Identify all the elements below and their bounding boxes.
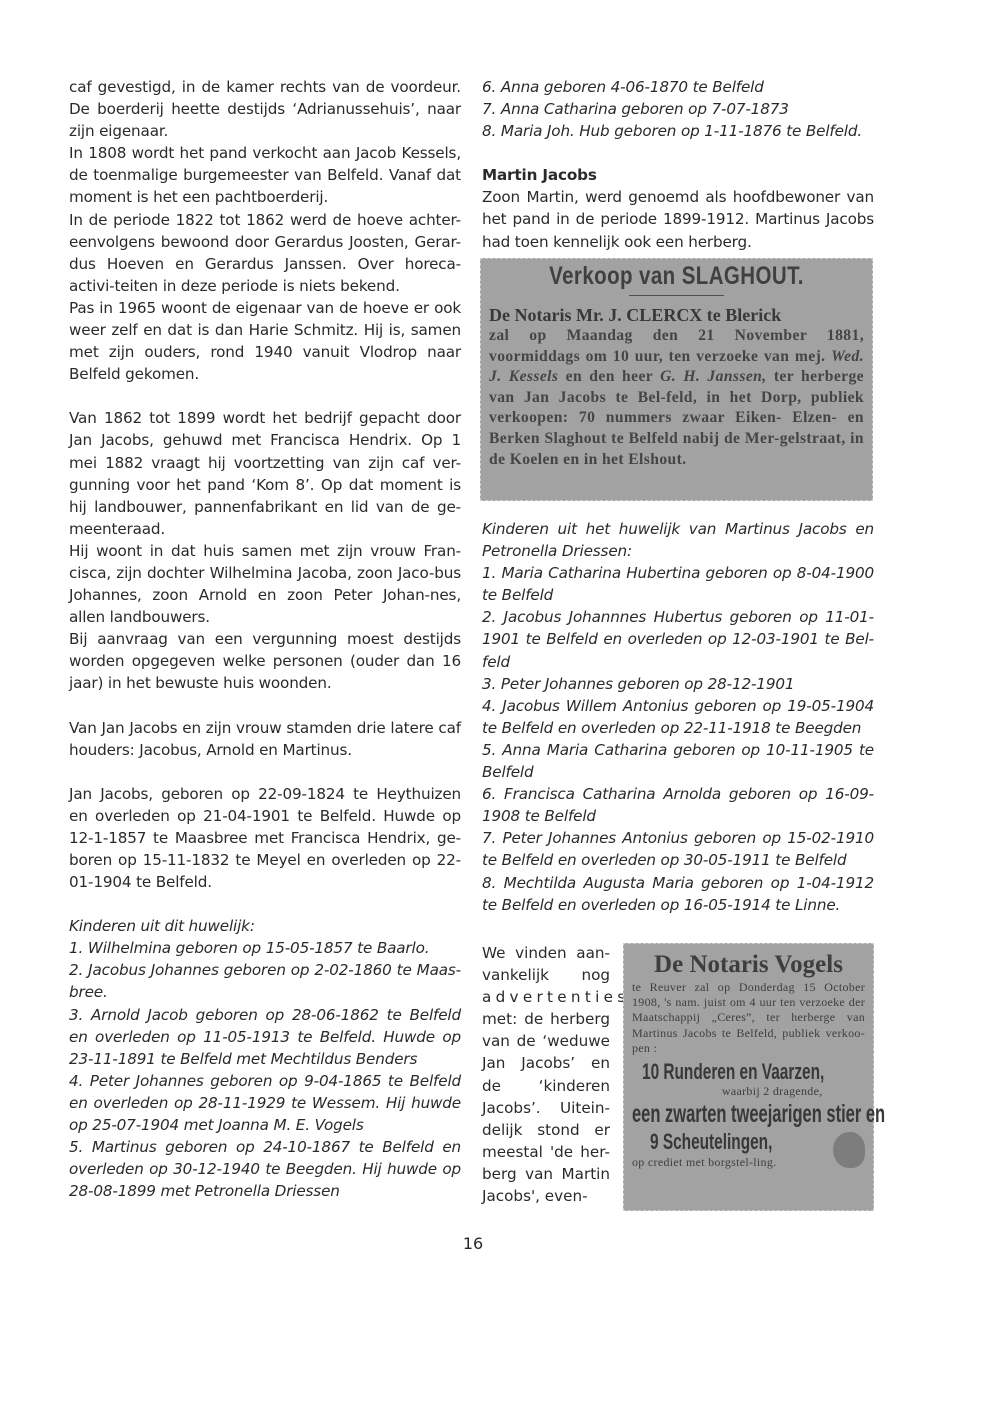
paragraph: Bij aanvraag van een vergunning moest de… <box>69 628 461 694</box>
clipping-row: 9 Scheutelingen, op crediet met borgstel… <box>632 1129 865 1170</box>
paragraph: caf gevestigd, in de kamer rechts van de… <box>69 76 461 142</box>
clipping-row-text: 9 Scheutelingen, op crediet met borgstel… <box>632 1129 825 1170</box>
clipping-text: op crediet met borgstel-ling. <box>632 1155 825 1170</box>
paragraph: Pas in 1965 woont de eigenaar van de hoe… <box>69 297 461 385</box>
newspaper-clipping-vogels: De Notaris Vogels te Reuver zal op Donde… <box>623 943 874 1211</box>
divider <box>629 295 724 296</box>
children-list: 1. Wilhelmina geboren op 15-05-1857 te B… <box>69 937 461 1202</box>
clipping-heading: De Notaris Mr. J. CLERCX te Blerick <box>489 304 864 326</box>
clipping-name: G. H. Janssen, <box>660 368 766 385</box>
list-item: 7. Peter Johannes Antonius geboren op 15… <box>482 827 874 871</box>
paragraph: Van 1862 tot 1899 wordt het bedrijf gepa… <box>69 407 461 540</box>
side-text-part: met: de herberg van de ‘weduwe Jan Jacob… <box>482 1010 610 1205</box>
clipping-text: en den heer <box>566 368 653 385</box>
clipping-big-text: 9 Scheutelingen, <box>650 1129 772 1155</box>
clipping-title: Verkoop van SLAGHOUT. <box>523 261 831 291</box>
list-item: 3. Peter Johannes geboren op 28-12-1901 <box>482 673 874 695</box>
paragraph: Jan Jacobs, geboren op 22-09-1824 te Hey… <box>69 783 461 893</box>
right-column-lower: Kinderen uit het huwelijk van Martinus J… <box>482 518 874 916</box>
paragraph: We vinden aan-vankelijk nog advertenties… <box>482 942 610 1207</box>
list-item: 2. Jacobus Johannnes Hubertus geboren op… <box>482 606 874 672</box>
newspaper-clipping-slaghout: Verkoop van SLAGHOUT. De Notaris Mr. J. … <box>480 258 873 501</box>
clipping-big-text: een zwarten tweejarigen stier en <box>632 1099 885 1129</box>
clipping-title: De Notaris Vogels <box>632 950 865 980</box>
side-text-part: We vinden aan-vankelijk nog <box>482 944 610 984</box>
list-item: 4. Jacobus Willem Antonius geboren op 19… <box>482 695 874 739</box>
list-item: 1. Maria Catharina Hubertina geboren op … <box>482 562 874 606</box>
clipping-body: zal op Maandag den 21 November 1881, voo… <box>489 326 864 470</box>
section-heading: Martin Jacobs <box>482 164 874 186</box>
clipping-small-text: waarbij 2 dragende, <box>642 1084 902 1099</box>
paragraph: In 1808 wordt het pand verkocht aan Jaco… <box>69 142 461 208</box>
clipping-big-text: 10 Runderen en Vaarzen, <box>642 1060 824 1084</box>
clipping-row-text: 10 Runderen en Vaarzen, waarbij 2 dragen… <box>642 1060 902 1099</box>
children2-list: 1. Maria Catharina Hubertina geboren op … <box>482 562 874 916</box>
children-heading: Kinderen uit dit huwelijk: <box>69 915 461 937</box>
paragraph: Van Jan Jacobs en zijn vrouw stamden dri… <box>69 717 461 761</box>
clipping-row: 10 Runderen en Vaarzen, waarbij 2 dragen… <box>632 1060 865 1099</box>
left-column: caf gevestigd, in de kamer rechts van de… <box>69 76 461 1202</box>
right-column: 6. Anna geboren 4-06-1870 te Belfeld 7. … <box>482 76 874 253</box>
clipping-body: te Reuver zal op Donderdag 15 October 19… <box>632 980 865 1056</box>
list-item: 1. Wilhelmina geboren op 15-05-1857 te B… <box>69 937 461 959</box>
list-item: 2. Jacobus Johannes geboren op 2-02-1860… <box>69 959 461 1003</box>
paragraph: Hij woont in dat huis samen met zijn vro… <box>69 540 461 628</box>
list-item: 8. Mechtilda Augusta Maria geboren op 1-… <box>482 872 874 916</box>
pig-illustration-icon <box>833 1132 865 1168</box>
paragraph: Zoon Martin, werd genoemd als hoofdbewon… <box>482 186 874 252</box>
list-item: 6. Francisca Catharina Arnolda geboren o… <box>482 783 874 827</box>
list-item: 8. Maria Joh. Hub geboren op 1-11-1876 t… <box>482 120 874 142</box>
paragraph: In de periode 1822 tot 1862 werd de hoev… <box>69 209 461 297</box>
list-item: 6. Anna geboren 4-06-1870 te Belfeld <box>482 76 874 98</box>
children2-heading: Kinderen uit het huwelijk van Martinus J… <box>482 518 874 562</box>
list-item: 5. Anna Maria Catharina geboren op 10-11… <box>482 739 874 783</box>
page-number: 16 <box>0 1234 946 1253</box>
list-item: 5. Martinus geboren op 24-10-1867 te Bel… <box>69 1136 461 1202</box>
list-item: 7. Anna Catharina geboren op 7-07-1873 <box>482 98 874 120</box>
list-item: 3. Arnold Jacob geboren op 28-06-1862 te… <box>69 1004 461 1070</box>
clipping-text: zal op Maandag den 21 November 1881, voo… <box>489 327 864 365</box>
list-item: 4. Peter Johannes geboren op 9-04-1865 t… <box>69 1070 461 1136</box>
children-list-continued: 6. Anna geboren 4-06-1870 te Belfeld 7. … <box>482 76 874 142</box>
side-text: We vinden aan-vankelijk nog advertenties… <box>482 942 610 1207</box>
side-text-part: advertenties <box>482 988 629 1006</box>
